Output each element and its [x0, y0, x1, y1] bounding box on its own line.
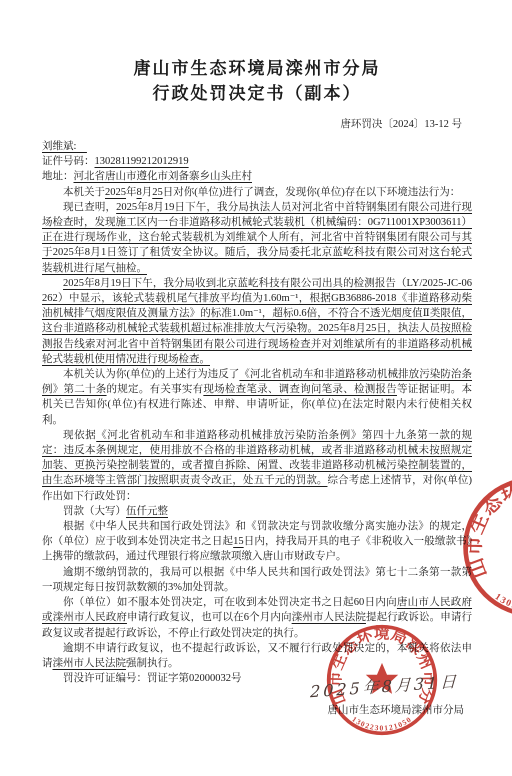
document-content: 唐山市生态环境局滦州市分局 行政处罚决定书（副本） 唐环罚决〔2024〕13-1…	[42, 56, 472, 717]
penalty-amount: 罚款（大写）伍仟元整	[42, 504, 472, 519]
document-body: 刘维斌: 证件号码：130281199212012919地址：河北省唐山市遵化市…	[42, 139, 472, 686]
enforcement: 逾期不申请行政复议，也不提起行政诉讼，又不履行行政处罚决定的，本机关将依法申请滦…	[42, 641, 472, 671]
document-title-line1: 唐山市生态环境局滦州市分局	[42, 56, 472, 81]
findings: 现已查明，2025年8月19日下午，我分局执法人员对河北省中首特钢集团有限公司进…	[42, 200, 472, 276]
document-title-line2: 行政处罚决定书（副本）	[42, 81, 472, 106]
edge-seal-ring	[466, 480, 512, 615]
document-number: 唐环罚决〔2024〕13-12 号	[42, 116, 462, 131]
late-payment-penalty: 逾期不缴纳罚款的，我局可以根据《中华人民共和国行政处罚法》第七十二条第一款第一项…	[42, 565, 472, 595]
recipient-id-line: 证件号码：130281199212012919	[42, 154, 472, 169]
recipient-name-line: 刘维斌:	[42, 139, 472, 154]
issuing-authority: 唐山市生态环境局滦州市分局	[42, 702, 472, 717]
appeal-rights: 你（单位）如不服本处罚决定，可在收到本处罚决定书之日起60日内向唐山市人民政府或…	[42, 595, 472, 641]
violation-determination: 本机关认为你(单位)的上述行为违反了《河北省机动车和非道路移动机械排放污染防治条…	[42, 367, 472, 428]
test-results: 2025年8月19日下午，我分局收到北京蓝屹科技有限公司出具的检测报告（LY/2…	[42, 276, 472, 367]
legal-basis: 现依据《河北省机动车和非道路移动机械排放污染防治条例》第四十九条第一款的规定：违…	[42, 428, 472, 504]
recipient-address-line: 地址：河北省唐山市遵化市刘备寨乡山头庄村	[42, 169, 472, 184]
investigation-intro: 本机关于2025年8月25日对你(单位)进行了调查，发现你(单位)存在以下环境违…	[42, 185, 472, 200]
payment-instructions: 根据《中华人民共和国行政处罚法》和《罚款决定与罚款收缴分离实施办法》的规定，你（…	[42, 519, 472, 565]
edge-seal-code: 1302230121050	[493, 592, 512, 614]
penalty-decision-document: 唐山市生态环境局滦州市分局 行政处罚决定书（副本） 唐环罚决〔2024〕13-1…	[0, 0, 512, 776]
